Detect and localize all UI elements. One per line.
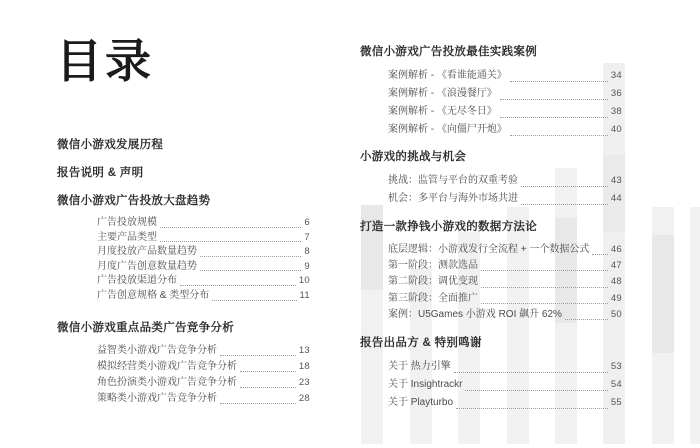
- section-title: 小游戏的挑战与机会: [360, 151, 622, 164]
- toc-item-label: 第三阶段：全面推广: [388, 291, 478, 307]
- dot-leader: [521, 186, 608, 187]
- toc-item: 月度广告创意数量趋势 9: [57, 260, 310, 275]
- toc-item-label: 案例解析 - 《看谁能通关》: [388, 67, 507, 85]
- section-items: 益智类小游戏广告竞争分析 13 模拟经营类小游戏广告竞争分析 18 角色扮演类小…: [57, 343, 310, 408]
- toc-item: 第一阶段：测款选品 47: [360, 258, 622, 274]
- dot-leader: [456, 408, 608, 409]
- section-title: 报告说明 & 声明: [57, 167, 310, 180]
- section-items: 挑战：监管与平台的双重考验 43 机会：多平台与海外市场共进 44: [360, 172, 622, 208]
- watermark-bar: [690, 207, 700, 444]
- toc-item: 广告创意规格 & 类型分布 11: [57, 289, 310, 304]
- dot-leader: [465, 390, 607, 391]
- page-title: 目录: [56, 36, 154, 87]
- page-number: 7: [304, 231, 310, 246]
- toc-item-label: 主要产品类型: [97, 231, 157, 246]
- page-number: 13: [299, 343, 310, 359]
- toc-page: 目录 微信小游戏发展历程 报告说明 & 声明 微信小游戏广告投放大盘趋势 广告投…: [0, 0, 700, 448]
- toc-item-label: 广告投放渠道分布: [97, 274, 177, 289]
- dot-leader: [481, 303, 608, 304]
- toc-item: 第二阶段：调优变现 48: [360, 274, 622, 290]
- toc-item-label: 案例：U5Games 小游戏 ROI 飙升 62%: [388, 307, 562, 323]
- toc-item: 案例解析 - 《向僵尸开炮》 40: [360, 121, 622, 139]
- page-number: 10: [299, 274, 310, 289]
- toc-item-label: 策略类小游戏广告竞争分析: [97, 391, 217, 407]
- page-number: 48: [611, 274, 622, 290]
- page-number: 28: [299, 391, 310, 407]
- page-number: 36: [611, 85, 622, 103]
- section-title: 微信小游戏发展历程: [57, 139, 310, 152]
- toc-item: 主要产品类型 7: [57, 231, 310, 246]
- toc-item-label: 模拟经营类小游戏广告竞争分析: [97, 359, 237, 375]
- toc-item: 广告投放规模 6: [57, 216, 310, 231]
- toc-item: 关于 热力引擎 53: [360, 358, 622, 376]
- section-items: 底层逻辑：小游戏发行全流程 + 一个数据公式 46 第一阶段：测款选品 47 第…: [360, 242, 622, 323]
- toc-item-label: 第二阶段：调优变现: [388, 274, 478, 290]
- section-title: 微信小游戏重点品类广告竞争分析: [57, 322, 310, 335]
- section-items: 案例解析 - 《看谁能通关》 34 案例解析 - 《浪漫餐厅》 36 案例解析 …: [360, 67, 622, 139]
- page-number: 46: [611, 242, 622, 258]
- dot-leader: [212, 300, 296, 301]
- toc-item-label: 角色扮演类小游戏广告竞争分析: [97, 375, 237, 391]
- section-title: 微信小游戏广告投放最佳实践案例: [360, 46, 622, 59]
- dot-leader: [160, 227, 301, 228]
- toc-item-label: 第一阶段：测款选品: [388, 258, 478, 274]
- toc-item-label: 挑战：监管与平台的双重考验: [388, 172, 518, 190]
- dot-leader: [240, 387, 296, 388]
- toc-item: 月度投放产品数量趋势 8: [57, 245, 310, 260]
- page-number: 38: [611, 103, 622, 121]
- page-number: 44: [611, 190, 622, 208]
- dot-leader: [220, 403, 296, 404]
- dot-leader: [565, 319, 608, 320]
- page-number: 49: [611, 291, 622, 307]
- toc-item: 关于 Insightrackr 54: [360, 376, 622, 394]
- toc-item: 角色扮演类小游戏广告竞争分析 23: [57, 375, 310, 391]
- section-title: 微信小游戏广告投放大盘趋势: [57, 195, 310, 208]
- dot-leader: [481, 287, 608, 288]
- dot-leader: [510, 135, 608, 136]
- toc-item-label: 底层逻辑：小游戏发行全流程 + 一个数据公式: [388, 242, 589, 258]
- toc-item: 模拟经营类小游戏广告竞争分析 18: [57, 359, 310, 375]
- section-items: 关于 热力引擎 53 关于 Insightrackr 54 关于 Playtur…: [360, 358, 622, 412]
- toc-item: 机会：多平台与海外市场共进 44: [360, 190, 622, 208]
- page-number: 9: [304, 260, 310, 275]
- toc-item: 案例解析 - 《浪漫餐厅》 36: [360, 85, 622, 103]
- page-number: 55: [611, 394, 622, 412]
- page-number: 43: [611, 172, 622, 190]
- toc-item: 案例：U5Games 小游戏 ROI 飙升 62% 50: [360, 307, 622, 323]
- toc-right-column: 微信小游戏广告投放最佳实践案例 案例解析 - 《看谁能通关》 34 案例解析 -…: [360, 46, 622, 412]
- toc-item-label: 广告投放规模: [97, 216, 157, 231]
- dot-leader: [180, 285, 296, 286]
- toc-item-label: 月度投放产品数量趋势: [97, 245, 197, 260]
- toc-item: 挑战：监管与平台的双重考验 43: [360, 172, 622, 190]
- dot-leader: [200, 256, 301, 257]
- dot-leader: [200, 270, 301, 271]
- page-number: 34: [611, 67, 622, 85]
- toc-item: 策略类小游戏广告竞争分析 28: [57, 391, 310, 407]
- toc-item-label: 案例解析 - 《向僵尸开炮》: [388, 121, 507, 139]
- dot-leader: [500, 117, 608, 118]
- section-items: 广告投放规模 6 主要产品类型 7 月度投放产品数量趋势 8 月度广告创意数量趋…: [57, 216, 310, 304]
- toc-item-label: 案例解析 - 《无尽冬日》: [388, 103, 497, 121]
- section-title: 报告出品方 & 特别鸣谢: [360, 337, 622, 350]
- dot-leader: [481, 270, 608, 271]
- toc-item-label: 关于 Playturbo: [388, 394, 453, 412]
- section-title: 打造一款挣钱小游戏的数据方法论: [360, 221, 622, 234]
- page-number: 8: [304, 245, 310, 260]
- toc-item-label: 关于 Insightrackr: [388, 376, 462, 394]
- dot-leader: [240, 371, 296, 372]
- watermark-bar-shade: [652, 235, 674, 353]
- toc-item-label: 机会：多平台与海外市场共进: [388, 190, 518, 208]
- page-number: 53: [611, 358, 622, 376]
- toc-item-label: 月度广告创意数量趋势: [97, 260, 197, 275]
- dot-leader: [510, 81, 608, 82]
- toc-item-label: 案例解析 - 《浪漫餐厅》: [388, 85, 497, 103]
- toc-item: 案例解析 - 《看谁能通关》 34: [360, 67, 622, 85]
- page-number: 40: [611, 121, 622, 139]
- toc-item: 益智类小游戏广告竞争分析 13: [57, 343, 310, 359]
- toc-item-label: 广告创意规格 & 类型分布: [97, 289, 209, 304]
- dot-leader: [160, 241, 301, 242]
- toc-left-column: 微信小游戏发展历程 报告说明 & 声明 微信小游戏广告投放大盘趋势 广告投放规模…: [57, 139, 310, 407]
- page-number: 18: [299, 359, 310, 375]
- page-number: 11: [300, 289, 310, 304]
- toc-item: 第三阶段：全面推广 49: [360, 291, 622, 307]
- page-number: 23: [299, 375, 310, 391]
- toc-item-label: 益智类小游戏广告竞争分析: [97, 343, 217, 359]
- toc-item: 底层逻辑：小游戏发行全流程 + 一个数据公式 46: [360, 242, 622, 258]
- toc-item: 关于 Playturbo 55: [360, 394, 622, 412]
- page-number: 6: [304, 216, 310, 231]
- page-number: 47: [611, 258, 622, 274]
- toc-item: 广告投放渠道分布 10: [57, 274, 310, 289]
- toc-item-label: 关于 热力引擎: [388, 358, 451, 376]
- dot-leader: [454, 372, 608, 373]
- dot-leader: [220, 355, 296, 356]
- toc-item: 案例解析 - 《无尽冬日》 38: [360, 103, 622, 121]
- dot-leader: [521, 204, 608, 205]
- dot-leader: [500, 99, 608, 100]
- page-number: 54: [611, 376, 622, 394]
- page-number: 50: [611, 307, 622, 323]
- dot-leader: [592, 254, 607, 255]
